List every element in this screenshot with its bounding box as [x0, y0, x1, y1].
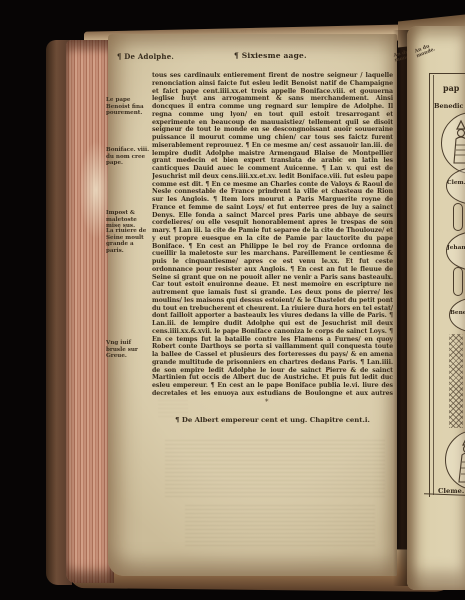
right-page-frame-rule: [429, 73, 465, 74]
book-fore-edge-pages: [66, 40, 114, 583]
margin-note-seine: La riuiere de Seine moult grande a paris…: [106, 228, 152, 254]
chain-link: [453, 267, 463, 296]
ink-bleed-through: [165, 440, 385, 500]
photo-background: ¶ De Adolphe. ¶ Sixiesme aage. Le pape B…: [0, 0, 465, 600]
right-page-frame-rule: [433, 75, 434, 495]
pope-figure-woodcut: [453, 436, 465, 484]
ink-bleed-through: [185, 505, 375, 547]
right-page-frame-rule: [429, 73, 430, 497]
medallion-label: Clem.: [447, 180, 465, 186]
chronicle-body-text: tous ses cardinaulx entierement firent d…: [152, 72, 393, 398]
chain-lattice-column: [449, 334, 463, 428]
margin-note-iuif: Vng iuif brusle sur Greue.: [106, 340, 152, 360]
running-header-left: ¶ De Adolphe.: [117, 52, 174, 61]
margin-note-boniface: Boniface. viii. du nom cree pape.: [106, 147, 152, 167]
pope-figure-woodcut: [448, 119, 465, 165]
margin-note-pope-benoist: Le pape Benoist fina pourement.: [106, 97, 152, 117]
margin-note-impost: Impost & maletoste mise sus.: [106, 210, 152, 230]
right-page-heading-fragment: pap: [443, 83, 459, 93]
ink-bleed-through: [158, 300, 188, 420]
chapter-heading: ¶ De Albert empereur cent et ung. Chapit…: [152, 416, 393, 424]
running-header-center: ¶ Sixiesme aage.: [234, 51, 307, 60]
medallion-label: Jehan.: [447, 245, 465, 251]
medallion-label: Cleme.: [438, 487, 464, 495]
chain-link: [453, 203, 463, 231]
right-page-pope-name-fragment: Benedic: [434, 102, 463, 110]
medallion-label: Bened.: [450, 310, 465, 316]
section-ornament: *: [265, 398, 269, 406]
